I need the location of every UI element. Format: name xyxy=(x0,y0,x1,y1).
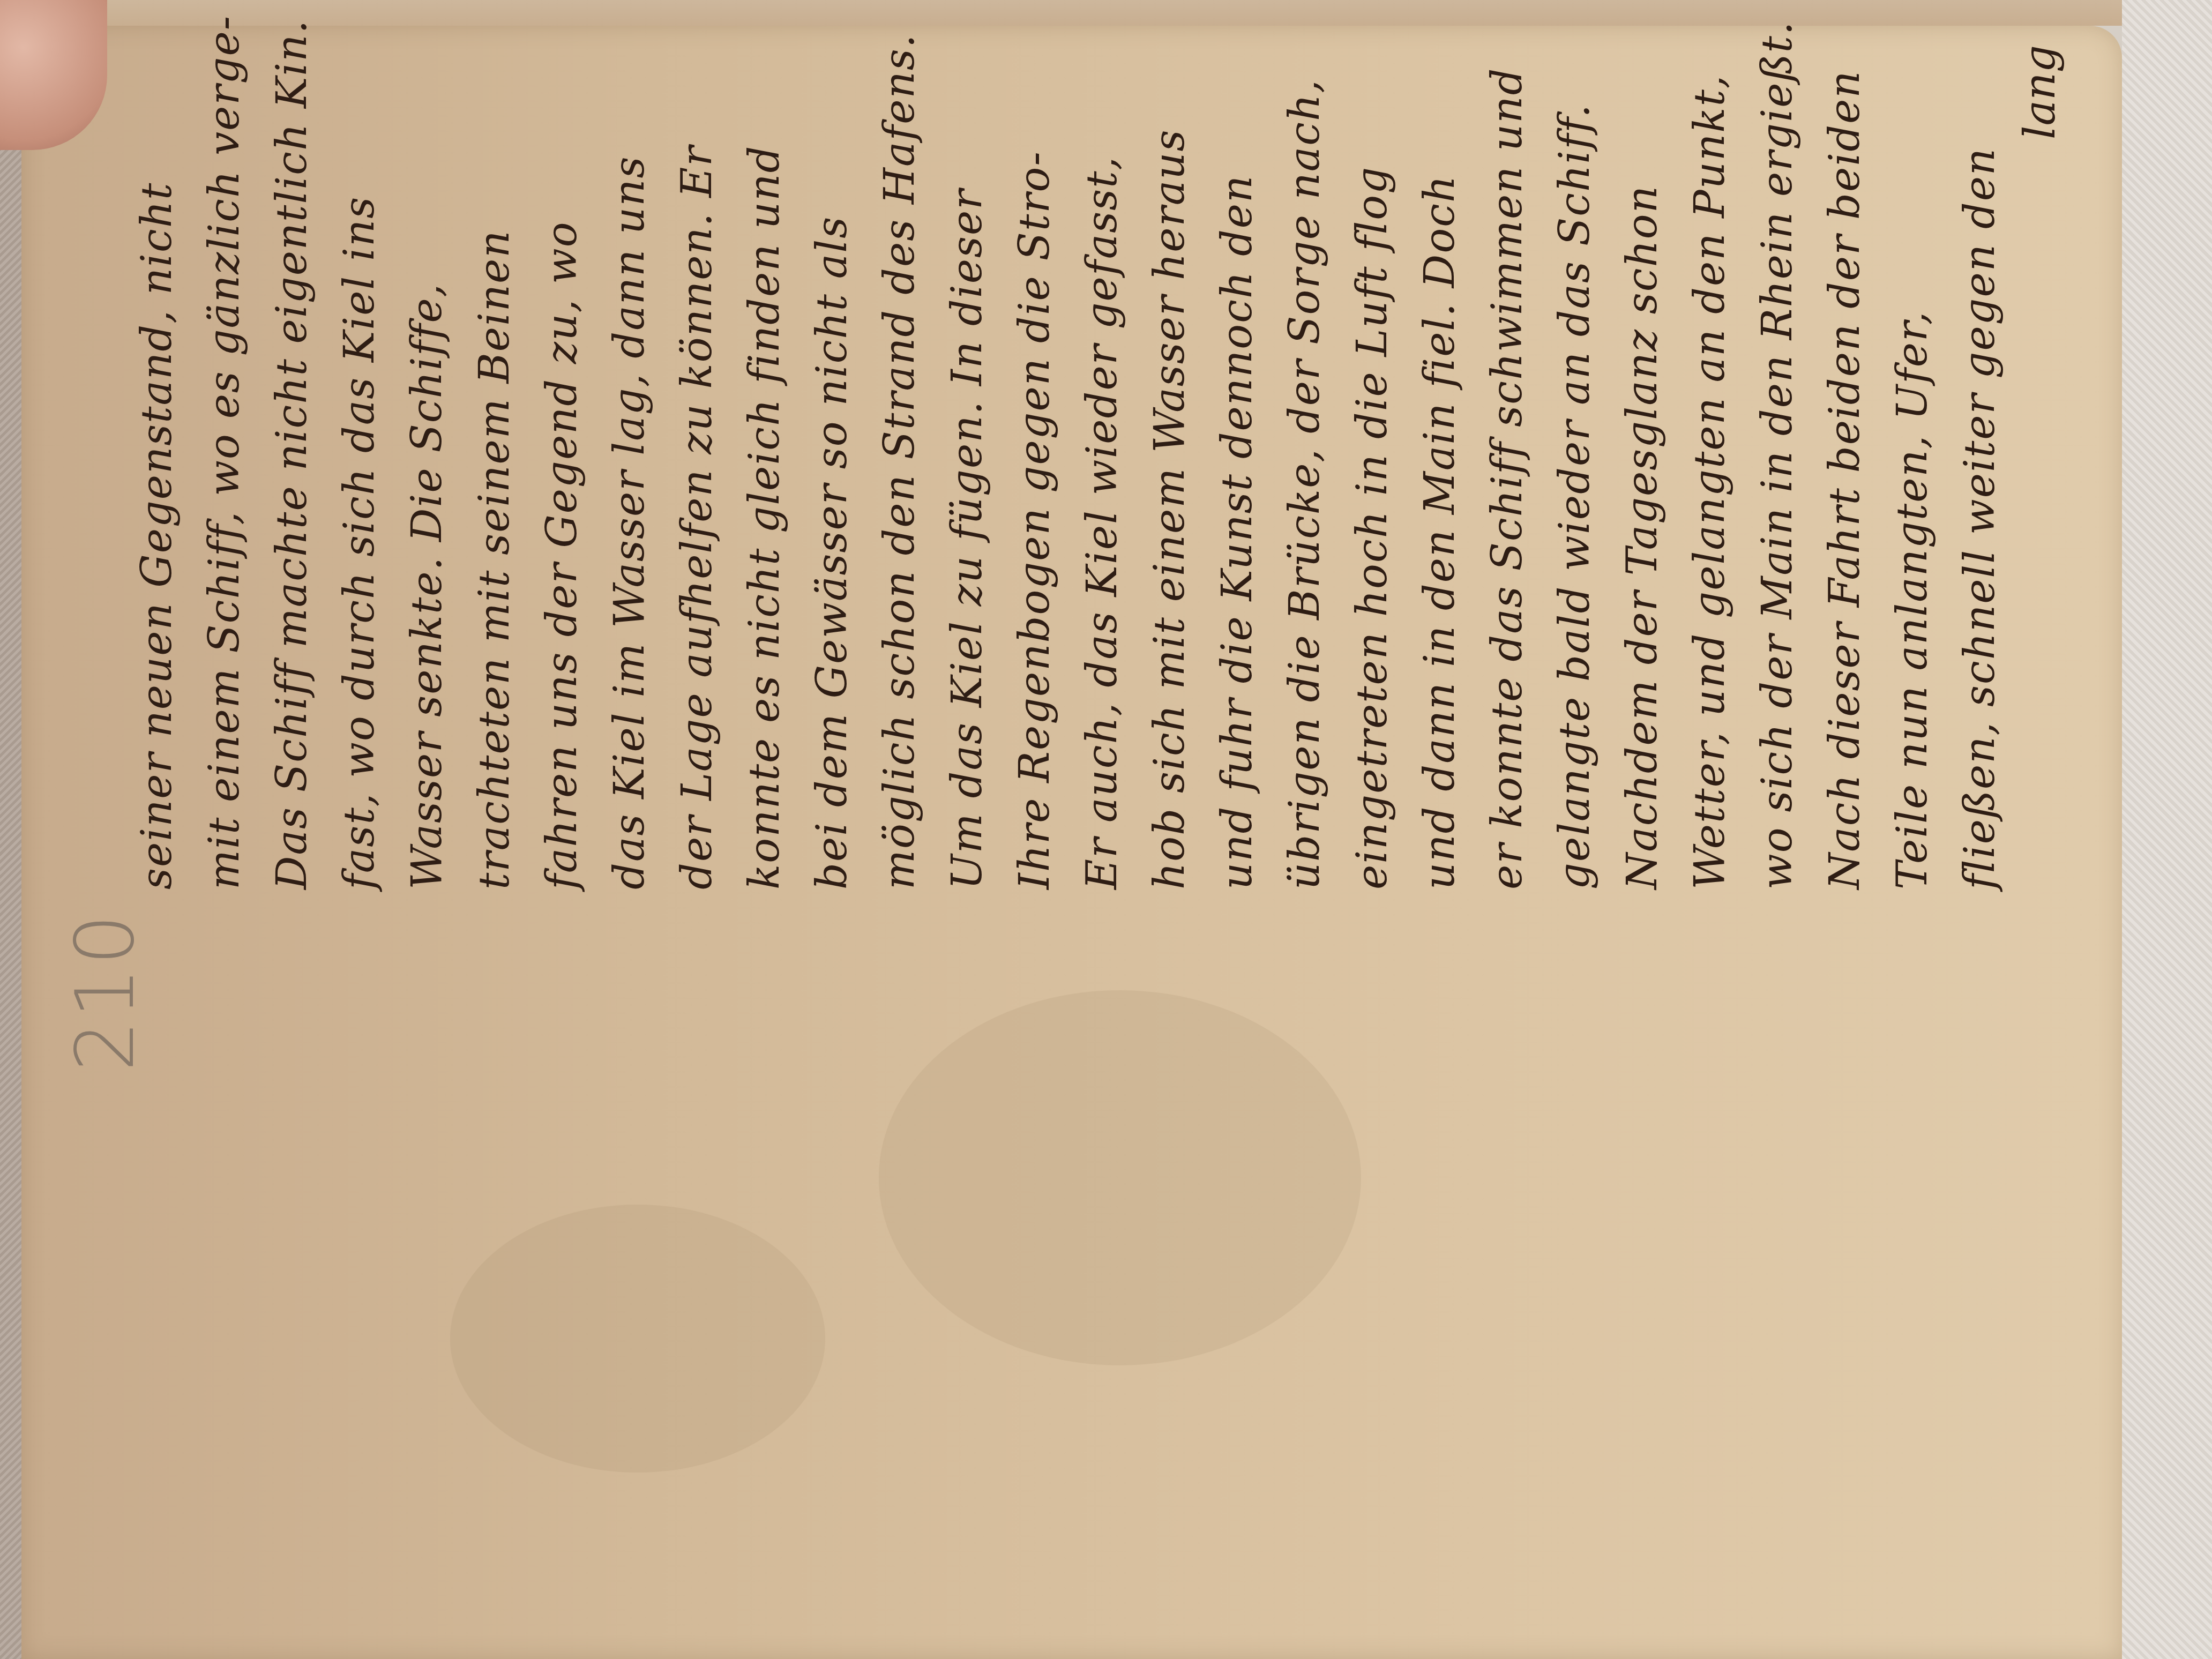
paper-stain xyxy=(879,990,1361,1365)
facing-page-edge xyxy=(21,0,2122,26)
text-line: der Lage aufhelfen zu können. Er xyxy=(663,32,731,890)
text-line: Wetter, und gelangten an den Punkt, xyxy=(1676,32,1744,890)
text-line: übrigen die Brücke, der Sorge nach, xyxy=(1271,32,1339,890)
paper-stain xyxy=(450,1205,825,1473)
text-line: und fuhr die Kunst dennoch den xyxy=(1204,32,1271,890)
text-line: Das Schiff machte nicht eigentlich Kin. xyxy=(258,32,326,890)
background-surface-left xyxy=(0,0,21,1659)
text-line: Ihre Regenbogen gegen die Stro- xyxy=(1001,32,1068,890)
text-line: Nach dieser Fahrt beiden der beiden xyxy=(1811,32,1879,890)
text-line: fahren uns der Gegend zu, wo xyxy=(528,32,596,890)
text-line: bei dem Gewässer so nicht als xyxy=(798,32,866,890)
text-line: eingetreten hoch in die Luft flog xyxy=(1339,32,1406,890)
text-line: hob sich mit einem Wasser heraus xyxy=(1136,32,1204,890)
folio-number: 210 xyxy=(59,912,152,1072)
text-line: mit einem Schiff, wo es gänzlich verge- xyxy=(191,32,258,890)
background-surface-right xyxy=(2122,0,2212,1659)
text-line: Wasser senkte. Die Schiffe, xyxy=(393,32,461,890)
text-line: Teile nun anlangten, Ufer, xyxy=(1879,32,1946,890)
text-line: seiner neuen Gegenstand, nicht xyxy=(123,32,191,890)
text-line: fast, wo durch sich das Kiel ins xyxy=(326,32,393,890)
catchword: lang xyxy=(2015,45,2065,139)
text-line: und dann in den Main fiel. Doch xyxy=(1406,32,1474,890)
text-line: Nachdem der Tagesglanz schon xyxy=(1609,32,1676,890)
text-line: Um das Kiel zu fügen. In dieser xyxy=(933,32,1001,890)
handwritten-text-block: seiner neuen Gegenstand, nicht mit einem… xyxy=(123,32,2014,890)
text-line: Er auch, das Kiel wieder gefasst, xyxy=(1068,32,1136,890)
text-line: konnte es nicht gleich finden und xyxy=(731,32,798,890)
text-line: gelangte bald wieder an das Schiff. xyxy=(1541,32,1609,890)
text-line: das Kiel im Wasser lag, dann uns xyxy=(596,32,663,890)
text-line: möglich schon den Strand des Hafens. xyxy=(866,32,933,890)
text-line: fließen, schnell weiter gegen den xyxy=(1946,32,2014,890)
text-line: er konnte das Schiff schwimmen und xyxy=(1474,32,1541,890)
text-line: trachteten mit seinem Beinen xyxy=(461,32,528,890)
text-line: wo sich der Main in den Rhein ergießt. xyxy=(1744,32,1811,890)
